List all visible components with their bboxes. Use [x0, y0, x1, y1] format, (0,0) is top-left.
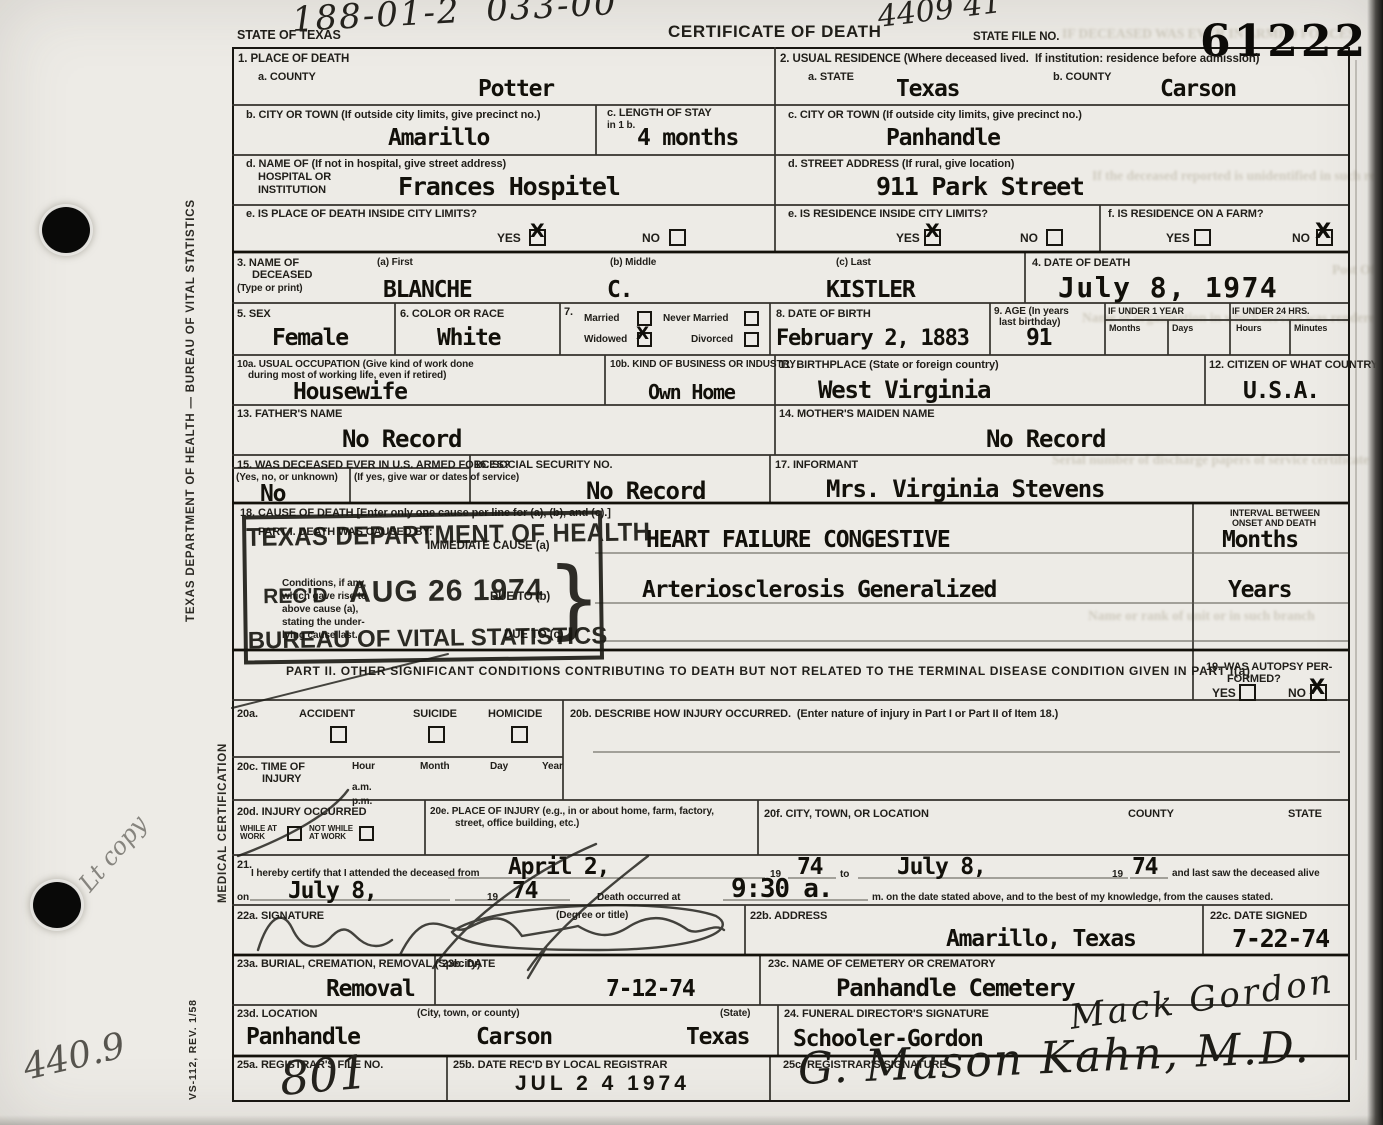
- death-certificate-scan: IF DECEASED WAS EVER IN ARMED FORCES If …: [0, 0, 1383, 1125]
- pen-strokes: [0, 0, 1383, 1125]
- scan-right-edge: [1367, 0, 1383, 1125]
- scan-bottom-edge: [0, 1115, 1383, 1125]
- paper-edge-line: [1355, 60, 1357, 1060]
